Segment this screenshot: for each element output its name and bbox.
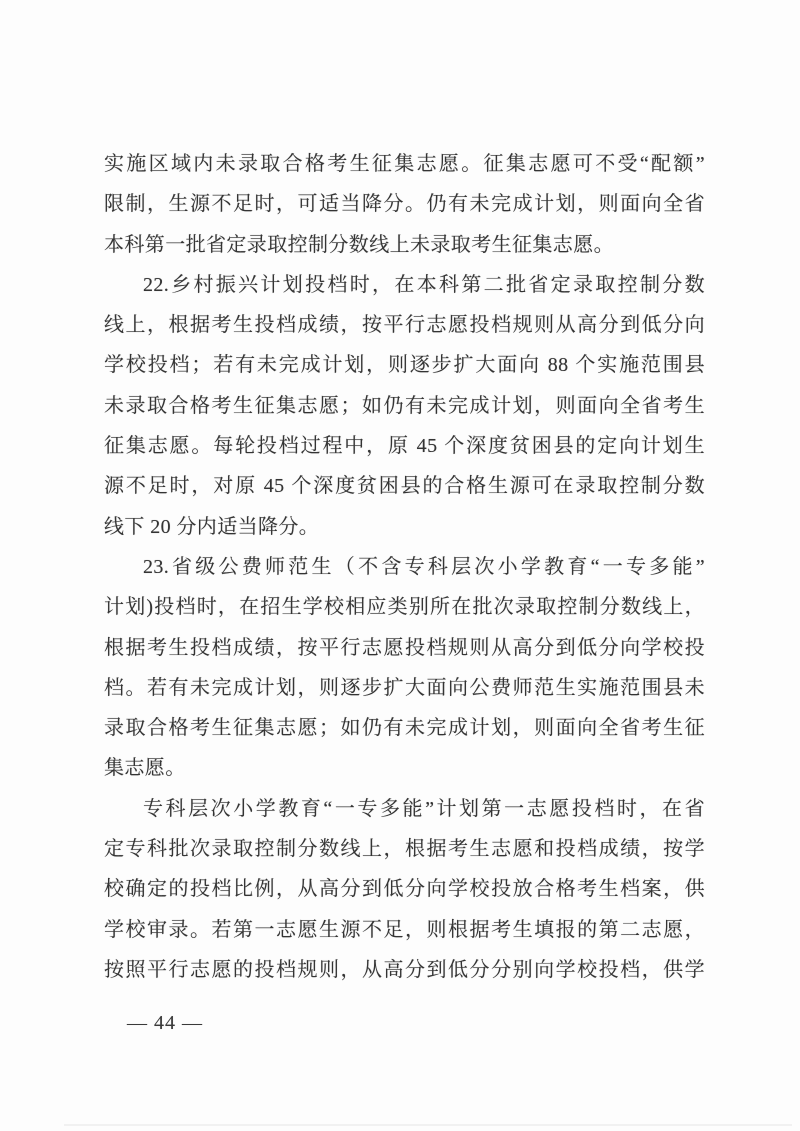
text-line: 线上，根据考生投档成绩，按平行志愿投档规则从高分到低分向: [104, 305, 705, 345]
text-line: 档。若有未完成计划，则逐步扩大面向公费师范生实施范围县未: [104, 668, 705, 708]
page-bottom-edge: [64, 1124, 792, 1126]
text-line: 本科第一批省定录取控制分数线上未录取考生征集志愿。: [104, 225, 705, 265]
document-body: 实施区域内未录取合格考生征集志愿。征集志愿可不受“配额” 限制，生源不足时，可适…: [104, 144, 705, 990]
text-line: 根据考生投档成绩，按平行志愿投档规则从高分到低分向学校投: [104, 628, 705, 668]
text-line: 22.乡村振兴计划投档时，在本科第二批省定录取控制分数: [104, 265, 705, 305]
text-line: 学校审录。若第一志愿生源不足，则根据考生填报的第二志愿，: [104, 910, 705, 950]
text-line: 实施区域内未录取合格考生征集志愿。征集志愿可不受“配额”: [104, 144, 705, 184]
text-line: 源不足时，对原 45 个深度贫困县的合格生源可在录取控制分数: [104, 466, 705, 506]
text-line: 学校投档；若有未完成计划，则逐步扩大面向 88 个实施范围县: [104, 345, 705, 385]
text-line: 计划)投档时，在招生学校相应类别所在批次录取控制分数线上，: [104, 587, 705, 627]
page-number: — 44 —: [127, 1008, 203, 1038]
document-page: 实施区域内未录取合格考生征集志愿。征集志愿可不受“配额” 限制，生源不足时，可适…: [0, 0, 800, 1131]
text-line: 录取合格考生征集志愿；如仍有未完成计划，则面向全省考生征: [104, 708, 705, 748]
text-line: 校确定的投档比例，从高分到低分向学校投放合格考生档案，供: [104, 869, 705, 909]
text-line: 征集志愿。每轮投档过程中，原 45 个深度贫困县的定向计划生: [104, 426, 705, 466]
text-line: 线下 20 分内适当降分。: [104, 507, 705, 547]
text-line: 23.省级公费师范生（不含专科层次小学教育“一专多能”: [104, 547, 705, 587]
text-line: 专科层次小学教育“一专多能”计划第一志愿投档时，在省: [104, 789, 705, 829]
text-line: 按照平行志愿的投档规则，从高分到低分分别向学校投档，供学: [104, 950, 705, 990]
text-line: 未录取合格考生征集志愿；如仍有未完成计划，则面向全省考生: [104, 386, 705, 426]
text-line: 定专科批次录取控制分数线上，根据考生志愿和投档成绩，按学: [104, 829, 705, 869]
text-line: 集志愿。: [104, 748, 705, 788]
text-line: 限制，生源不足时，可适当降分。仍有未完成计划，则面向全省: [104, 184, 705, 224]
